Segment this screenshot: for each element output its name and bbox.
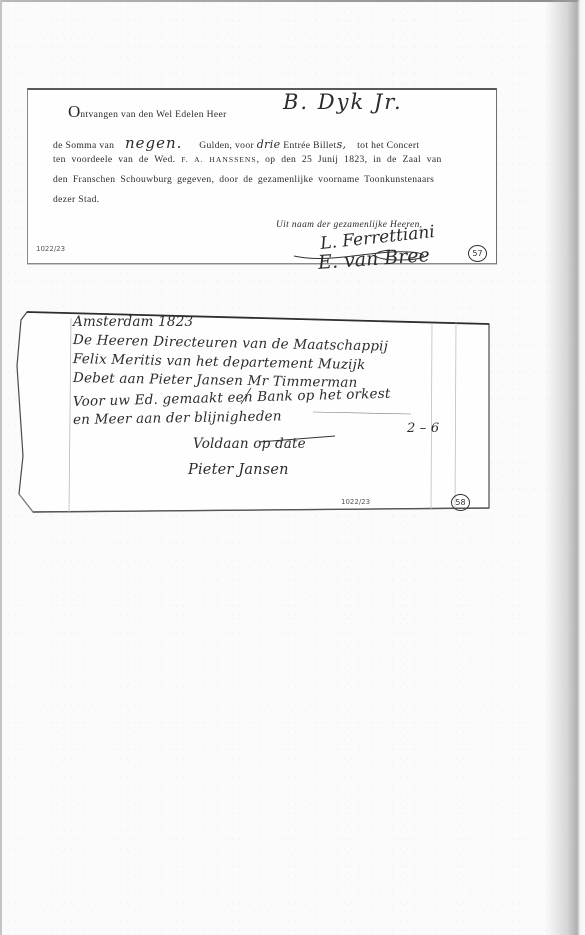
receipt-line-sum: de Somma van negen. Gulden, voor drie En… <box>53 134 419 152</box>
handwritten-amount: negen. <box>125 134 182 152</box>
receipt-line-city: dezer Stad. <box>53 194 99 205</box>
handwritten-payer-name: B. Dyk Jr. <box>283 90 403 114</box>
scan-top-edge <box>0 0 585 2</box>
scan-left-edge <box>0 0 2 935</box>
invoice-amount: 2 – 6 <box>407 421 439 436</box>
archive-number: 1022/23 <box>36 245 65 253</box>
guilders-for-label: Gulden, voor <box>199 140 254 151</box>
concert-label: tot het Concert <box>357 140 419 151</box>
signature-flourish <box>290 242 440 266</box>
paid-note: Voldaan op date <box>193 436 306 452</box>
concert-receipt: Ontvangen van den Wel Edelen Heer B. Dyk… <box>27 88 497 264</box>
handwritten-ticket-count: drie <box>257 138 281 151</box>
received-from-text: ntvangen van den Wel Edelen Heer <box>80 109 226 120</box>
drop-cap: O <box>68 102 80 121</box>
invoice-signature: Pieter Jansen <box>188 462 289 478</box>
receipt-line-beneficiary: ten voordeele van de Wed. F. A. HANSSENS… <box>53 154 442 165</box>
receipt-line-received-from: Ontvangen van den Wel Edelen Heer <box>68 102 227 122</box>
receipt-line-venue: den Franschen Schouwburg gegeven, door d… <box>53 174 434 185</box>
archive-number: 1022/23 <box>341 498 370 506</box>
invoice-line-place-date: Amsterdam 1823 <box>73 314 193 330</box>
handwritten-invoice: Amsterdam 1823 De Heeren Directeuren van… <box>13 306 495 520</box>
sum-label: de Somma van <box>53 140 114 151</box>
date-venue-text: , op den 25 Junij 1823, in de Zaal van <box>257 154 442 165</box>
beneficiary-name: F. A. HANSSENS <box>181 155 257 164</box>
beneficiary-label: ten voordeele van de Wed. <box>53 154 175 165</box>
entree-billet-label: Entrée Billet <box>283 140 336 151</box>
handwritten-plural-suffix: s, <box>337 138 347 151</box>
folio-stamp: 57 <box>468 245 487 262</box>
binding-gutter-shadow <box>545 0 585 935</box>
folio-stamp: 58 <box>451 494 470 511</box>
